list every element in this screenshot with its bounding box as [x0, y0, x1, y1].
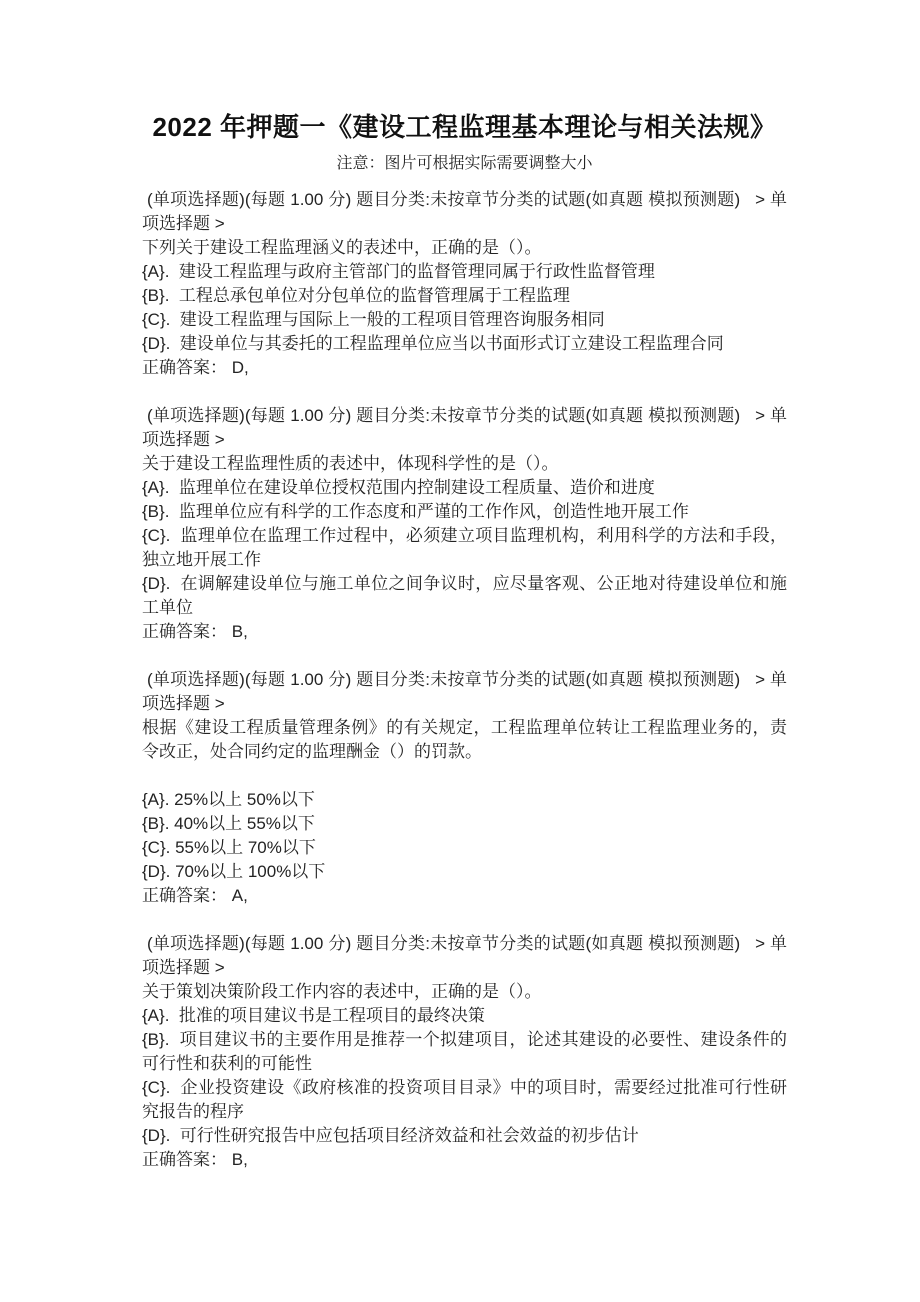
question-header: (单项选择题)(每题 1.00 分) 题目分类:未按章节分类的试题(如真题 模拟…	[142, 188, 787, 236]
answer-value: B,	[232, 1150, 248, 1169]
option-line: {D}. 建设单位与其委托的工程监理单位应当以书面形式订立建设工程监理合同	[142, 332, 787, 356]
answer-line: 正确答案： A,	[142, 884, 787, 908]
question-stem: 关于建设工程监理性质的表述中，体现科学性的是（）。	[142, 452, 787, 476]
answer-value: A,	[232, 886, 248, 905]
document-page: 2022 年押题一《建设工程监理基本理论与相关法规》 注意：图片可根据实际需要调…	[0, 0, 920, 1302]
answer-line: 正确答案： B,	[142, 1148, 787, 1172]
answer-label: 正确答案：	[142, 358, 232, 377]
answer-label: 正确答案：	[142, 886, 232, 905]
question-block: (单项选择题)(每题 1.00 分) 题目分类:未按章节分类的试题(如真题 模拟…	[142, 668, 787, 908]
option-list: {A}. 批准的项目建议书是工程项目的最终决策{B}. 项目建议书的主要作用是推…	[142, 1004, 787, 1148]
option-line: {B}. 项目建议书的主要作用是推荐一个拟建项目，论述其建设的必要性、建设条件的…	[142, 1028, 787, 1076]
answer-line: 正确答案： D,	[142, 356, 787, 380]
question-header: (单项选择题)(每题 1.00 分) 题目分类:未按章节分类的试题(如真题 模拟…	[142, 404, 787, 452]
question-header: (单项选择题)(每题 1.00 分) 题目分类:未按章节分类的试题(如真题 模拟…	[142, 932, 787, 980]
question-stem: 关于策划决策阶段工作内容的表述中，正确的是（）。	[142, 980, 787, 1004]
option-line: {A}. 监理单位在建设单位授权范围内控制建设工程质量、造价和进度	[142, 476, 787, 500]
question-stem: 下列关于建设工程监理涵义的表述中，正确的是（）。	[142, 236, 787, 260]
question-list: (单项选择题)(每题 1.00 分) 题目分类:未按章节分类的试题(如真题 模拟…	[142, 188, 787, 1172]
option-line: {A}. 批准的项目建议书是工程项目的最终决策	[142, 1004, 787, 1028]
answer-label: 正确答案：	[142, 622, 232, 641]
option-line: {A}. 25%以上 50%以下	[142, 788, 787, 812]
question-block: (单项选择题)(每题 1.00 分) 题目分类:未按章节分类的试题(如真题 模拟…	[142, 404, 787, 644]
option-line: {C}. 建设工程监理与国际上一般的工程项目管理咨询服务相同	[142, 308, 787, 332]
answer-label: 正确答案：	[142, 1150, 232, 1169]
notice-line: 注意：图片可根据实际需要调整大小	[142, 152, 787, 176]
page-title: 2022 年押题一《建设工程监理基本理论与相关法规》	[142, 110, 787, 144]
option-line: {B}. 监理单位应有科学的工作态度和严谨的工作作风，创造性地开展工作	[142, 500, 787, 524]
question-stem: 根据《建设工程质量管理条例》的有关规定，工程监理单位转让工程监理业务的，责令改正…	[142, 716, 787, 764]
option-line: {C}. 监理单位在监理工作过程中，必须建立项目监理机构，利用科学的方法和手段，…	[142, 524, 787, 572]
option-list: {A}. 监理单位在建设单位授权范围内控制建设工程质量、造价和进度{B}. 监理…	[142, 476, 787, 620]
question-block: (单项选择题)(每题 1.00 分) 题目分类:未按章节分类的试题(如真题 模拟…	[142, 188, 787, 380]
option-line: {C}. 企业投资建设《政府核准的投资项目目录》中的项目时，需要经过批准可行性研…	[142, 1076, 787, 1124]
question-block: (单项选择题)(每题 1.00 分) 题目分类:未按章节分类的试题(如真题 模拟…	[142, 932, 787, 1172]
answer-value: B,	[232, 622, 248, 641]
option-line: {C}. 55%以上 70%以下	[142, 836, 787, 860]
option-line: {A}. 建设工程监理与政府主管部门的监督管理同属于行政性监督管理	[142, 260, 787, 284]
option-list: {A}. 建设工程监理与政府主管部门的监督管理同属于行政性监督管理{B}. 工程…	[142, 260, 787, 356]
blank-line	[142, 764, 787, 788]
question-header: (单项选择题)(每题 1.00 分) 题目分类:未按章节分类的试题(如真题 模拟…	[142, 668, 787, 716]
answer-value: D,	[232, 358, 249, 377]
answer-line: 正确答案： B,	[142, 620, 787, 644]
option-line: {D}. 在调解建设单位与施工单位之间争议时，应尽量客观、公正地对待建设单位和施…	[142, 572, 787, 620]
option-list: {A}. 25%以上 50%以下{B}. 40%以上 55%以下{C}. 55%…	[142, 788, 787, 884]
option-line: {D}. 可行性研究报告中应包括项目经济效益和社会效益的初步估计	[142, 1124, 787, 1148]
option-line: {B}. 工程总承包单位对分包单位的监督管理属于工程监理	[142, 284, 787, 308]
option-line: {D}. 70%以上 100%以下	[142, 860, 787, 884]
option-line: {B}. 40%以上 55%以下	[142, 812, 787, 836]
